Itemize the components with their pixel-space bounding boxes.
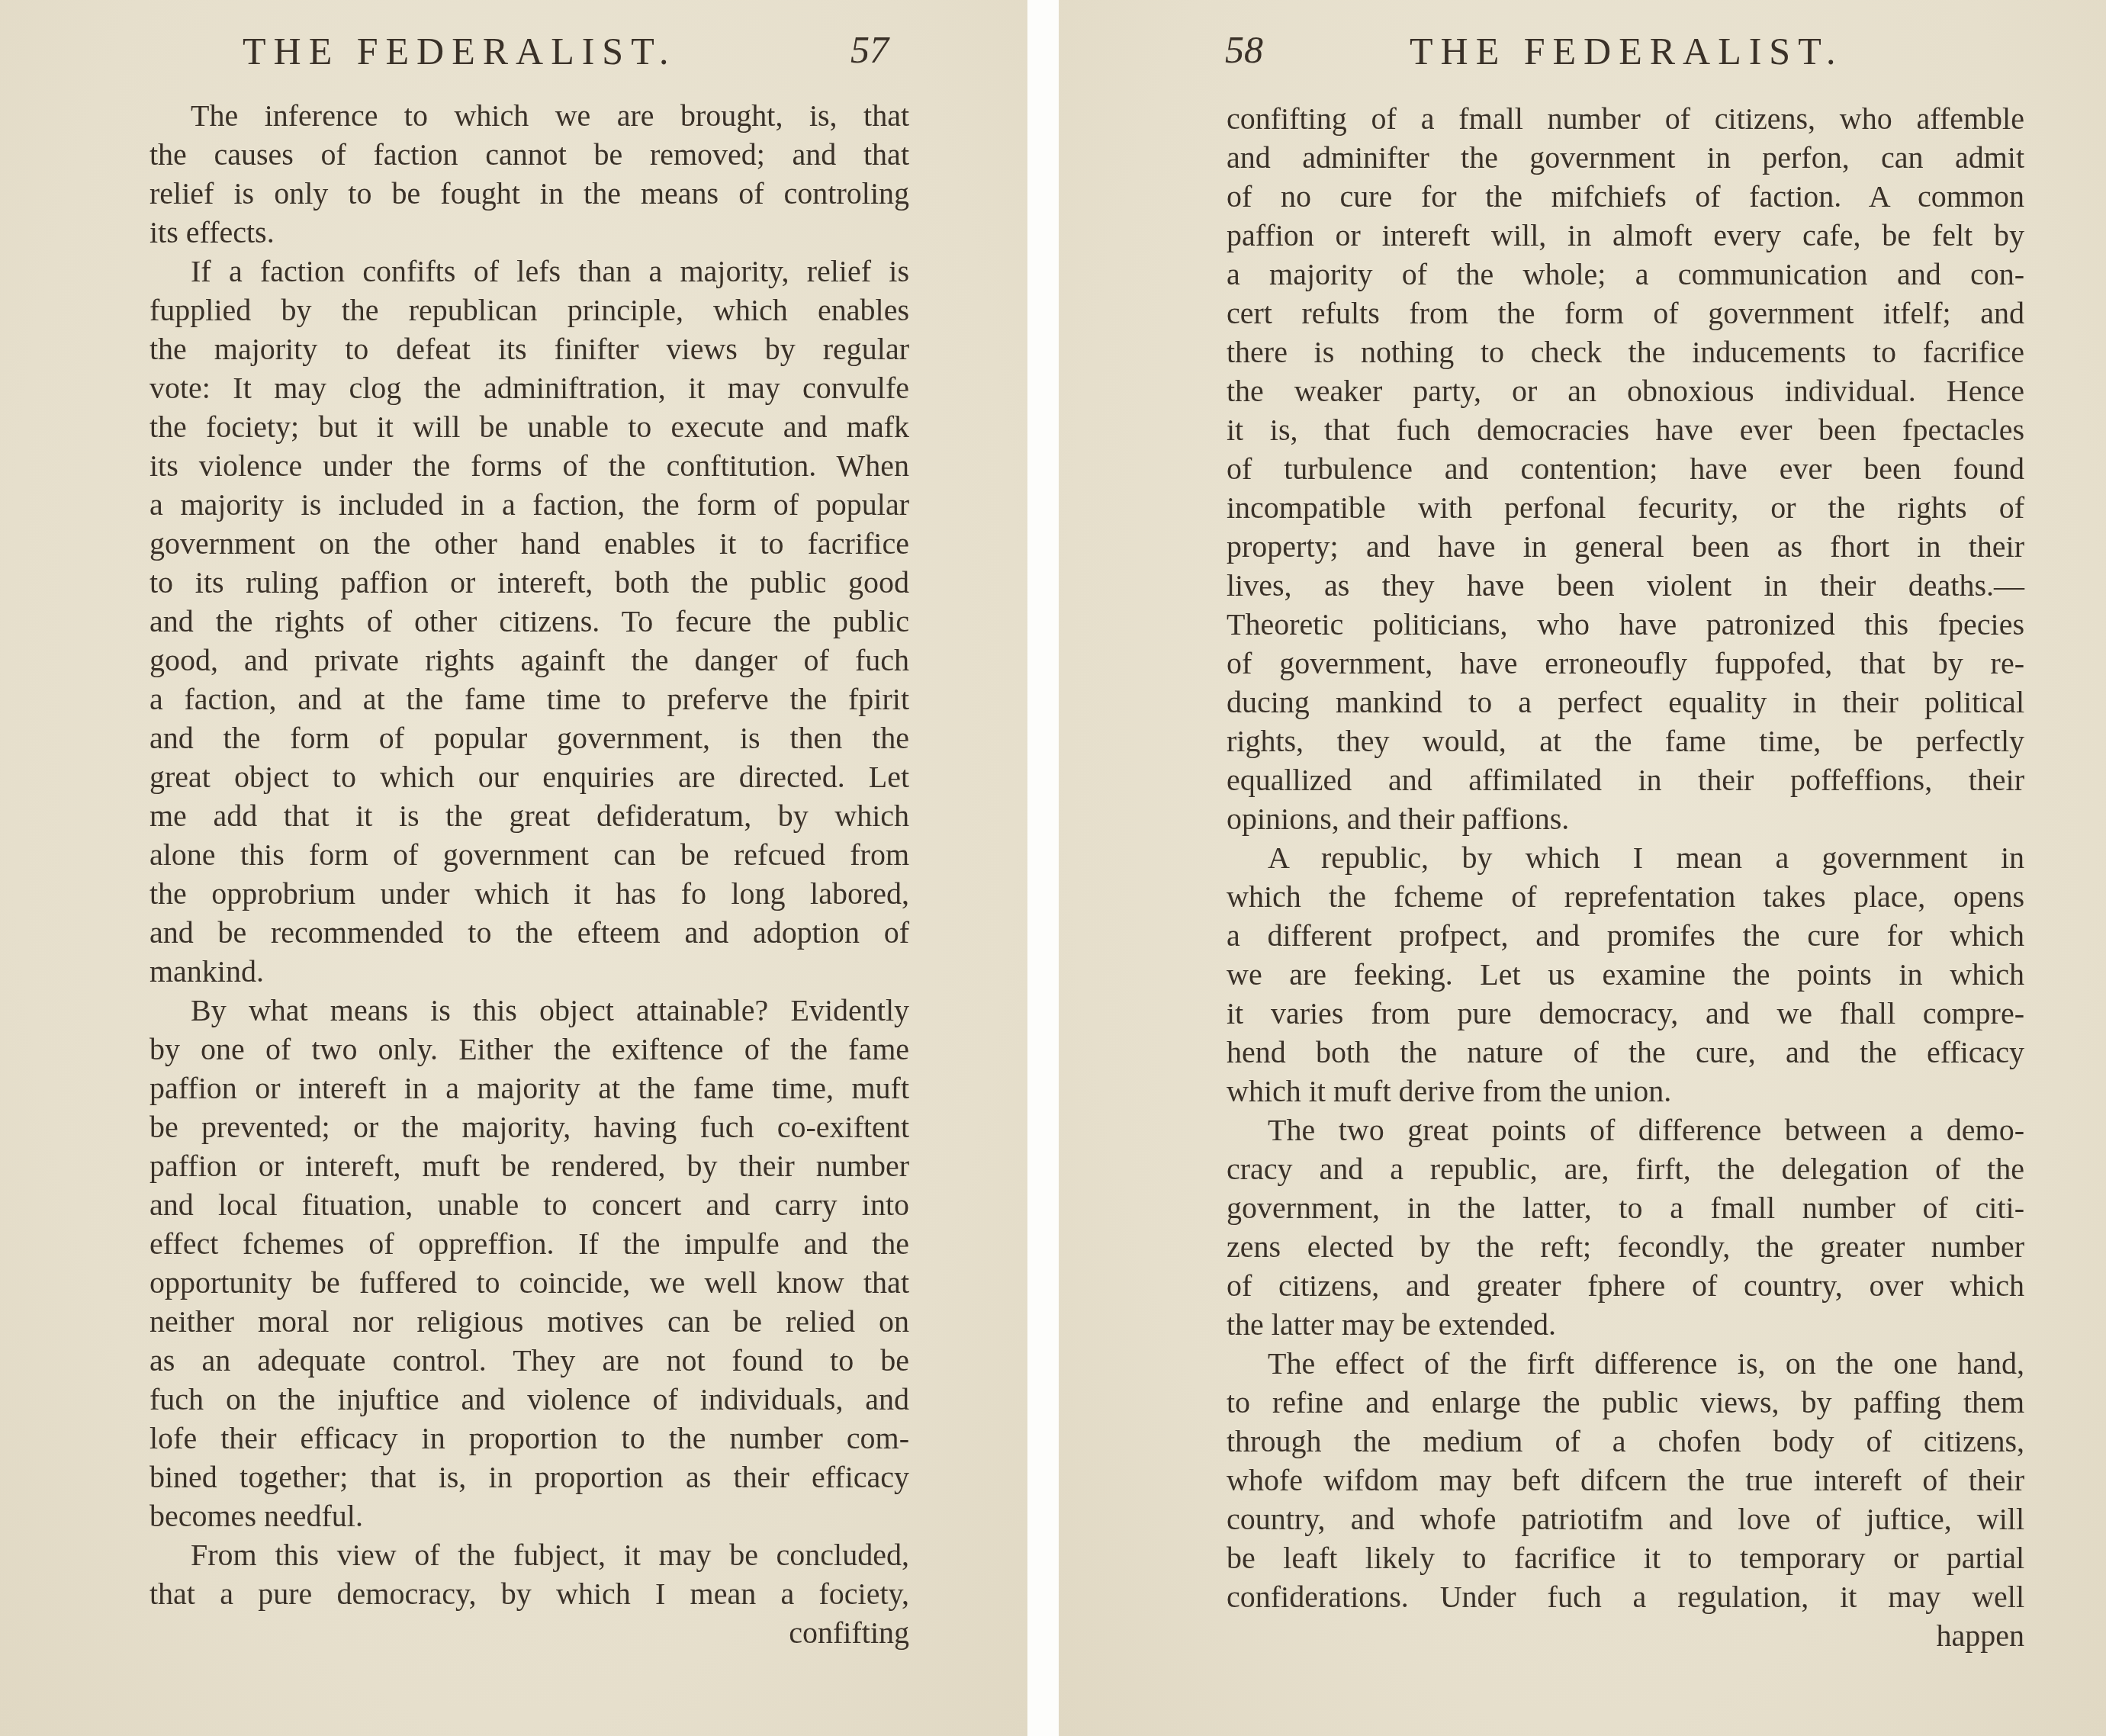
text-line: the opprobrium under which it has fo lon… (150, 874, 909, 913)
text-line: If a faction confifts of lefs than a maj… (150, 252, 909, 291)
text-line: cert refults from the form of government… (1227, 294, 2024, 333)
text-line: good, and private rights againft the dan… (150, 641, 909, 680)
text-line: and be recommended to the efteem and ado… (150, 913, 909, 952)
text-line: and the rights of other citizens. To fec… (150, 602, 909, 641)
text-line: becomes needful. (150, 1496, 909, 1535)
text-line: hend both the nature of the cure, and th… (1227, 1033, 2024, 1072)
text-line: whofe wifdom may beft difcern the true i… (1227, 1461, 2024, 1500)
text-line: which it muft derive from the union. (1227, 1072, 2024, 1111)
left-page: THE FEDERALIST. 57 The inference to whic… (0, 0, 1027, 1736)
text-line: The inference to which we are brought, i… (150, 96, 909, 135)
page-number: 58 (1225, 27, 1263, 72)
text-line: fupplied by the republican principle, wh… (150, 291, 909, 330)
text-line: property; and have in general been as fh… (1227, 527, 2024, 566)
right-page: 58 THE FEDERALIST. confifting of a fmall… (1059, 0, 2106, 1736)
text-line: paffion or intereft in a majority at the… (150, 1069, 909, 1108)
text-line: the latter may be extended. (1227, 1305, 2024, 1344)
text-line: a different profpect, and promifes the c… (1227, 916, 2024, 955)
text-line: equallized and affimilated in their poff… (1227, 760, 2024, 799)
text-line: lofe their efficacy in proportion to the… (150, 1419, 909, 1458)
gutter (1027, 0, 1059, 1736)
catchword: confifting (150, 1613, 909, 1652)
text-line: and local fituation, unable to concert a… (150, 1185, 909, 1224)
text-line: paffion or intereft will, in almoft ever… (1227, 216, 2024, 255)
text-line: it varies from pure democracy, and we fh… (1227, 994, 2024, 1033)
text-line: lives, as they have been violent in thei… (1227, 566, 2024, 605)
text-line: the weaker party, or an obnoxious indivi… (1227, 371, 2024, 410)
text-line: neither moral nor religious motives can … (150, 1302, 909, 1341)
text-line: From this view of the fubject, it may be… (150, 1535, 909, 1574)
text-line: The two great points of difference betwe… (1227, 1111, 2024, 1149)
page-number: 57 (850, 27, 889, 72)
text-line: we are feeking. Let us examine the point… (1227, 955, 2024, 994)
text-line: Theoretic politicians, who have patroniz… (1227, 605, 2024, 644)
text-line: of government, have erroneoufly fuppofed… (1227, 644, 2024, 683)
text-line: vote: It may clog the adminiftration, it… (150, 368, 909, 407)
text-line: government on the other hand enables it … (150, 524, 909, 563)
text-line: great object to which our enquiries are … (150, 757, 909, 796)
text-line: a majority of the whole; a communication… (1227, 255, 2024, 294)
text-line: to refine and enlarge the public views, … (1227, 1383, 2024, 1422)
text-line: a faction, and at the fame time to prefe… (150, 680, 909, 719)
text-line: opportunity be fuffered to coincide, we … (150, 1263, 909, 1302)
text-line: mankind. (150, 952, 909, 991)
text-line: a majority is included in a faction, the… (150, 485, 909, 524)
text-line: rights, they would, at the fame time, be… (1227, 722, 2024, 760)
text-line: ducing mankind to a perfect equality in … (1227, 683, 2024, 722)
body-text: confifting of a fmall number of citizens… (1227, 99, 2024, 1655)
text-line: A republic, by which I mean a government… (1227, 838, 2024, 877)
text-line: through the medium of a chofen body of c… (1227, 1422, 2024, 1461)
text-line: relief is only to be fought in the means… (150, 174, 909, 213)
text-line: incompatible with perfonal fecurity, or … (1227, 488, 2024, 527)
text-line: country, and whofe patriotifm and love o… (1227, 1500, 2024, 1538)
text-line: it is, that fuch democracies have ever b… (1227, 410, 2024, 449)
text-line: zens elected by the reft; fecondly, the … (1227, 1227, 2024, 1266)
text-line: be leaft likely to facrifice it to tempo… (1227, 1538, 2024, 1577)
text-line: By what means is this object attainable?… (150, 991, 909, 1030)
text-line: cracy and a republic, are, firft, the de… (1227, 1149, 2024, 1188)
text-line: to its ruling paffion or intereft, both … (150, 563, 909, 602)
text-line: of citizens, and greater fphere of count… (1227, 1266, 2024, 1305)
text-line: there is nothing to check the inducement… (1227, 333, 2024, 371)
text-line: the causes of faction cannot be removed;… (150, 135, 909, 174)
text-line: that a pure democracy, by which I mean a… (150, 1574, 909, 1613)
text-line: The effect of the firft difference is, o… (1227, 1344, 2024, 1383)
catchword: happen (1227, 1616, 2024, 1655)
text-line: as an adequate control. They are not fou… (150, 1341, 909, 1380)
running-head: THE FEDERALIST. (243, 29, 676, 73)
text-line: of turbulence and contention; have ever … (1227, 449, 2024, 488)
text-line: fuch on the injuftice and violence of in… (150, 1380, 909, 1419)
text-line: its violence under the forms of the conf… (150, 446, 909, 485)
text-line: which the fcheme of reprefentation takes… (1227, 877, 2024, 916)
text-line: bined together; that is, in proportion a… (150, 1458, 909, 1496)
text-line: opinions, and their paffions. (1227, 799, 2024, 838)
text-line: alone this form of government can be ref… (150, 835, 909, 874)
running-head: THE FEDERALIST. (1410, 29, 1843, 73)
text-line: the fociety; but it will be unable to ex… (150, 407, 909, 446)
text-line: effect fchemes of oppreffion. If the imp… (150, 1224, 909, 1263)
text-line: and adminifter the government in perfon,… (1227, 138, 2024, 177)
text-line: its effects. (150, 213, 909, 252)
text-line: by one of two only. Either the exiftence… (150, 1030, 909, 1069)
text-line: be prevented; or the majority, having fu… (150, 1108, 909, 1146)
text-line: of no cure for the mifchiefs of faction.… (1227, 177, 2024, 216)
text-line: the majority to defeat its finifter view… (150, 330, 909, 368)
text-line: paffion or intereft, muft be rendered, b… (150, 1146, 909, 1185)
body-text: The inference to which we are brought, i… (150, 96, 909, 1652)
text-line: confiderations. Under fuch a regulation,… (1227, 1577, 2024, 1616)
text-line: me add that it is the great defideratum,… (150, 796, 909, 835)
text-line: confifting of a fmall number of citizens… (1227, 99, 2024, 138)
text-line: government, in the latter, to a fmall nu… (1227, 1188, 2024, 1227)
text-line: and the form of popular government, is t… (150, 719, 909, 757)
